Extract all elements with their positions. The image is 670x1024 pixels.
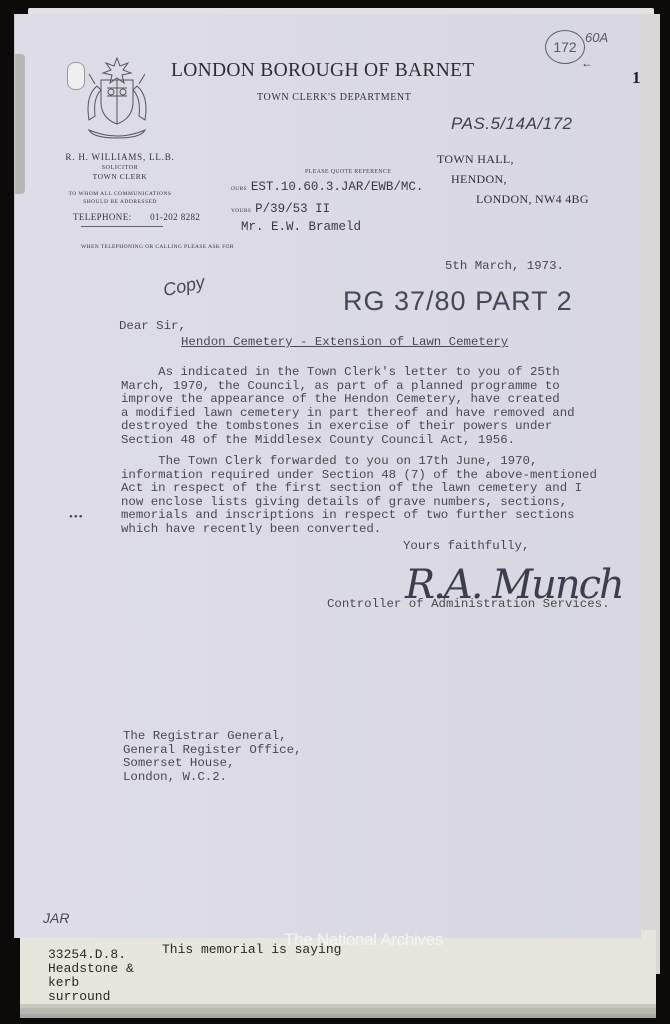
your-reference: YOURSP/39/53 II — [231, 202, 330, 216]
town-clerk-name: R. H. WILLIAMS, LL.B. — [45, 152, 195, 162]
card-grave-details: 33254.D.8. Headstone & kerb surround — [48, 948, 134, 1004]
town-clerk-block: R. H. WILLIAMS, LL.B. SOLICITOR TOWN CLE… — [45, 152, 195, 206]
town-clerk-title: TOWN CLERK — [45, 172, 195, 181]
ours-label: OURS — [231, 186, 247, 192]
ask-for-note: WHEN TELEPHONING OR CALLING PLEASE ASK F… — [81, 244, 234, 250]
telephone-label: TELEPHONE: — [73, 212, 132, 222]
signatory-title: Controller of Administration Services. — [327, 598, 610, 612]
quote-reference-label: PLEASE QUOTE REFERENCE — [305, 169, 391, 175]
paragraph-2: The Town Clerk forwarded to you on 17th … — [121, 455, 597, 537]
department-name: TOWN CLERK'S DEPARTMENT — [257, 92, 411, 103]
archive-reference: RG 37/80 PART 2 — [343, 286, 573, 317]
page-number: 1 — [632, 68, 641, 88]
card-grave-ref: 33254.D.8. — [48, 947, 126, 962]
our-reference: OURSEST.10.60.3.JAR/EWB/MC. — [231, 180, 423, 194]
recipient-address: The Registrar General, General Register … — [123, 730, 301, 784]
arrow-mark-icon: ← — [581, 56, 593, 71]
binder-clip — [15, 54, 25, 194]
margin-dots: ••• — [69, 511, 84, 523]
card-memorial-type-2: kerb — [48, 975, 79, 990]
telephone-underline — [81, 226, 163, 227]
organisation-name: LONDON BOROUGH OF BARNET — [171, 60, 475, 82]
subject-line: Hendon Cemetery - Extension of Lawn Ceme… — [181, 336, 508, 350]
archive-watermark: The National Archives — [284, 930, 443, 950]
communications-note-line2: SHOULD BE ADDRESSED — [45, 198, 195, 206]
communications-note: TO WHOM ALL COMMUNICATIONS SHOULD BE ADD… — [45, 190, 195, 206]
town-clerk-role: SOLICITOR — [45, 165, 195, 171]
card-memorial-type-1: Headstone & — [48, 961, 134, 976]
card-memorial-type-3: surround — [48, 989, 110, 1004]
closing: Yours faithfully, — [403, 540, 529, 554]
telephone-number: 01-202 8282 — [150, 212, 200, 222]
telephone: TELEPHONE: 01-202 8282 — [73, 212, 200, 222]
page-stack-side — [640, 14, 660, 974]
folio-extra-note: 60A — [585, 30, 608, 45]
yours-label: YOURS — [231, 208, 251, 214]
salutation: Dear Sir, — [119, 320, 186, 334]
address-line-1: TOWN HALL, — [437, 152, 514, 167]
copy-annotation: Copy — [161, 272, 206, 301]
contact-name: Mr. E.W. Brameld — [241, 220, 361, 234]
handwritten-reference: PAS.5/14A/172 — [451, 114, 573, 134]
initials-annotation: JAR — [43, 910, 69, 926]
address-line-3: LONDON, NW4 4BG — [476, 192, 589, 207]
yours-ref-value: P/39/53 II — [255, 202, 330, 216]
letter-date: 5th March, 1973. — [445, 260, 564, 274]
ours-ref-value: EST.10.60.3.JAR/EWB/MC. — [251, 180, 424, 194]
letter-page: LONDON BOROUGH OF BARNET TOWN CLERK'S DE… — [14, 14, 641, 938]
paragraph-1: As indicated in the Town Clerk's letter … — [121, 366, 575, 448]
folio-number-circled: 172 — [545, 30, 585, 64]
address-line-2: HENDON, — [451, 172, 507, 187]
communications-note-line1: TO WHOM ALL COMMUNICATIONS — [45, 190, 195, 198]
punch-hole — [67, 62, 85, 90]
